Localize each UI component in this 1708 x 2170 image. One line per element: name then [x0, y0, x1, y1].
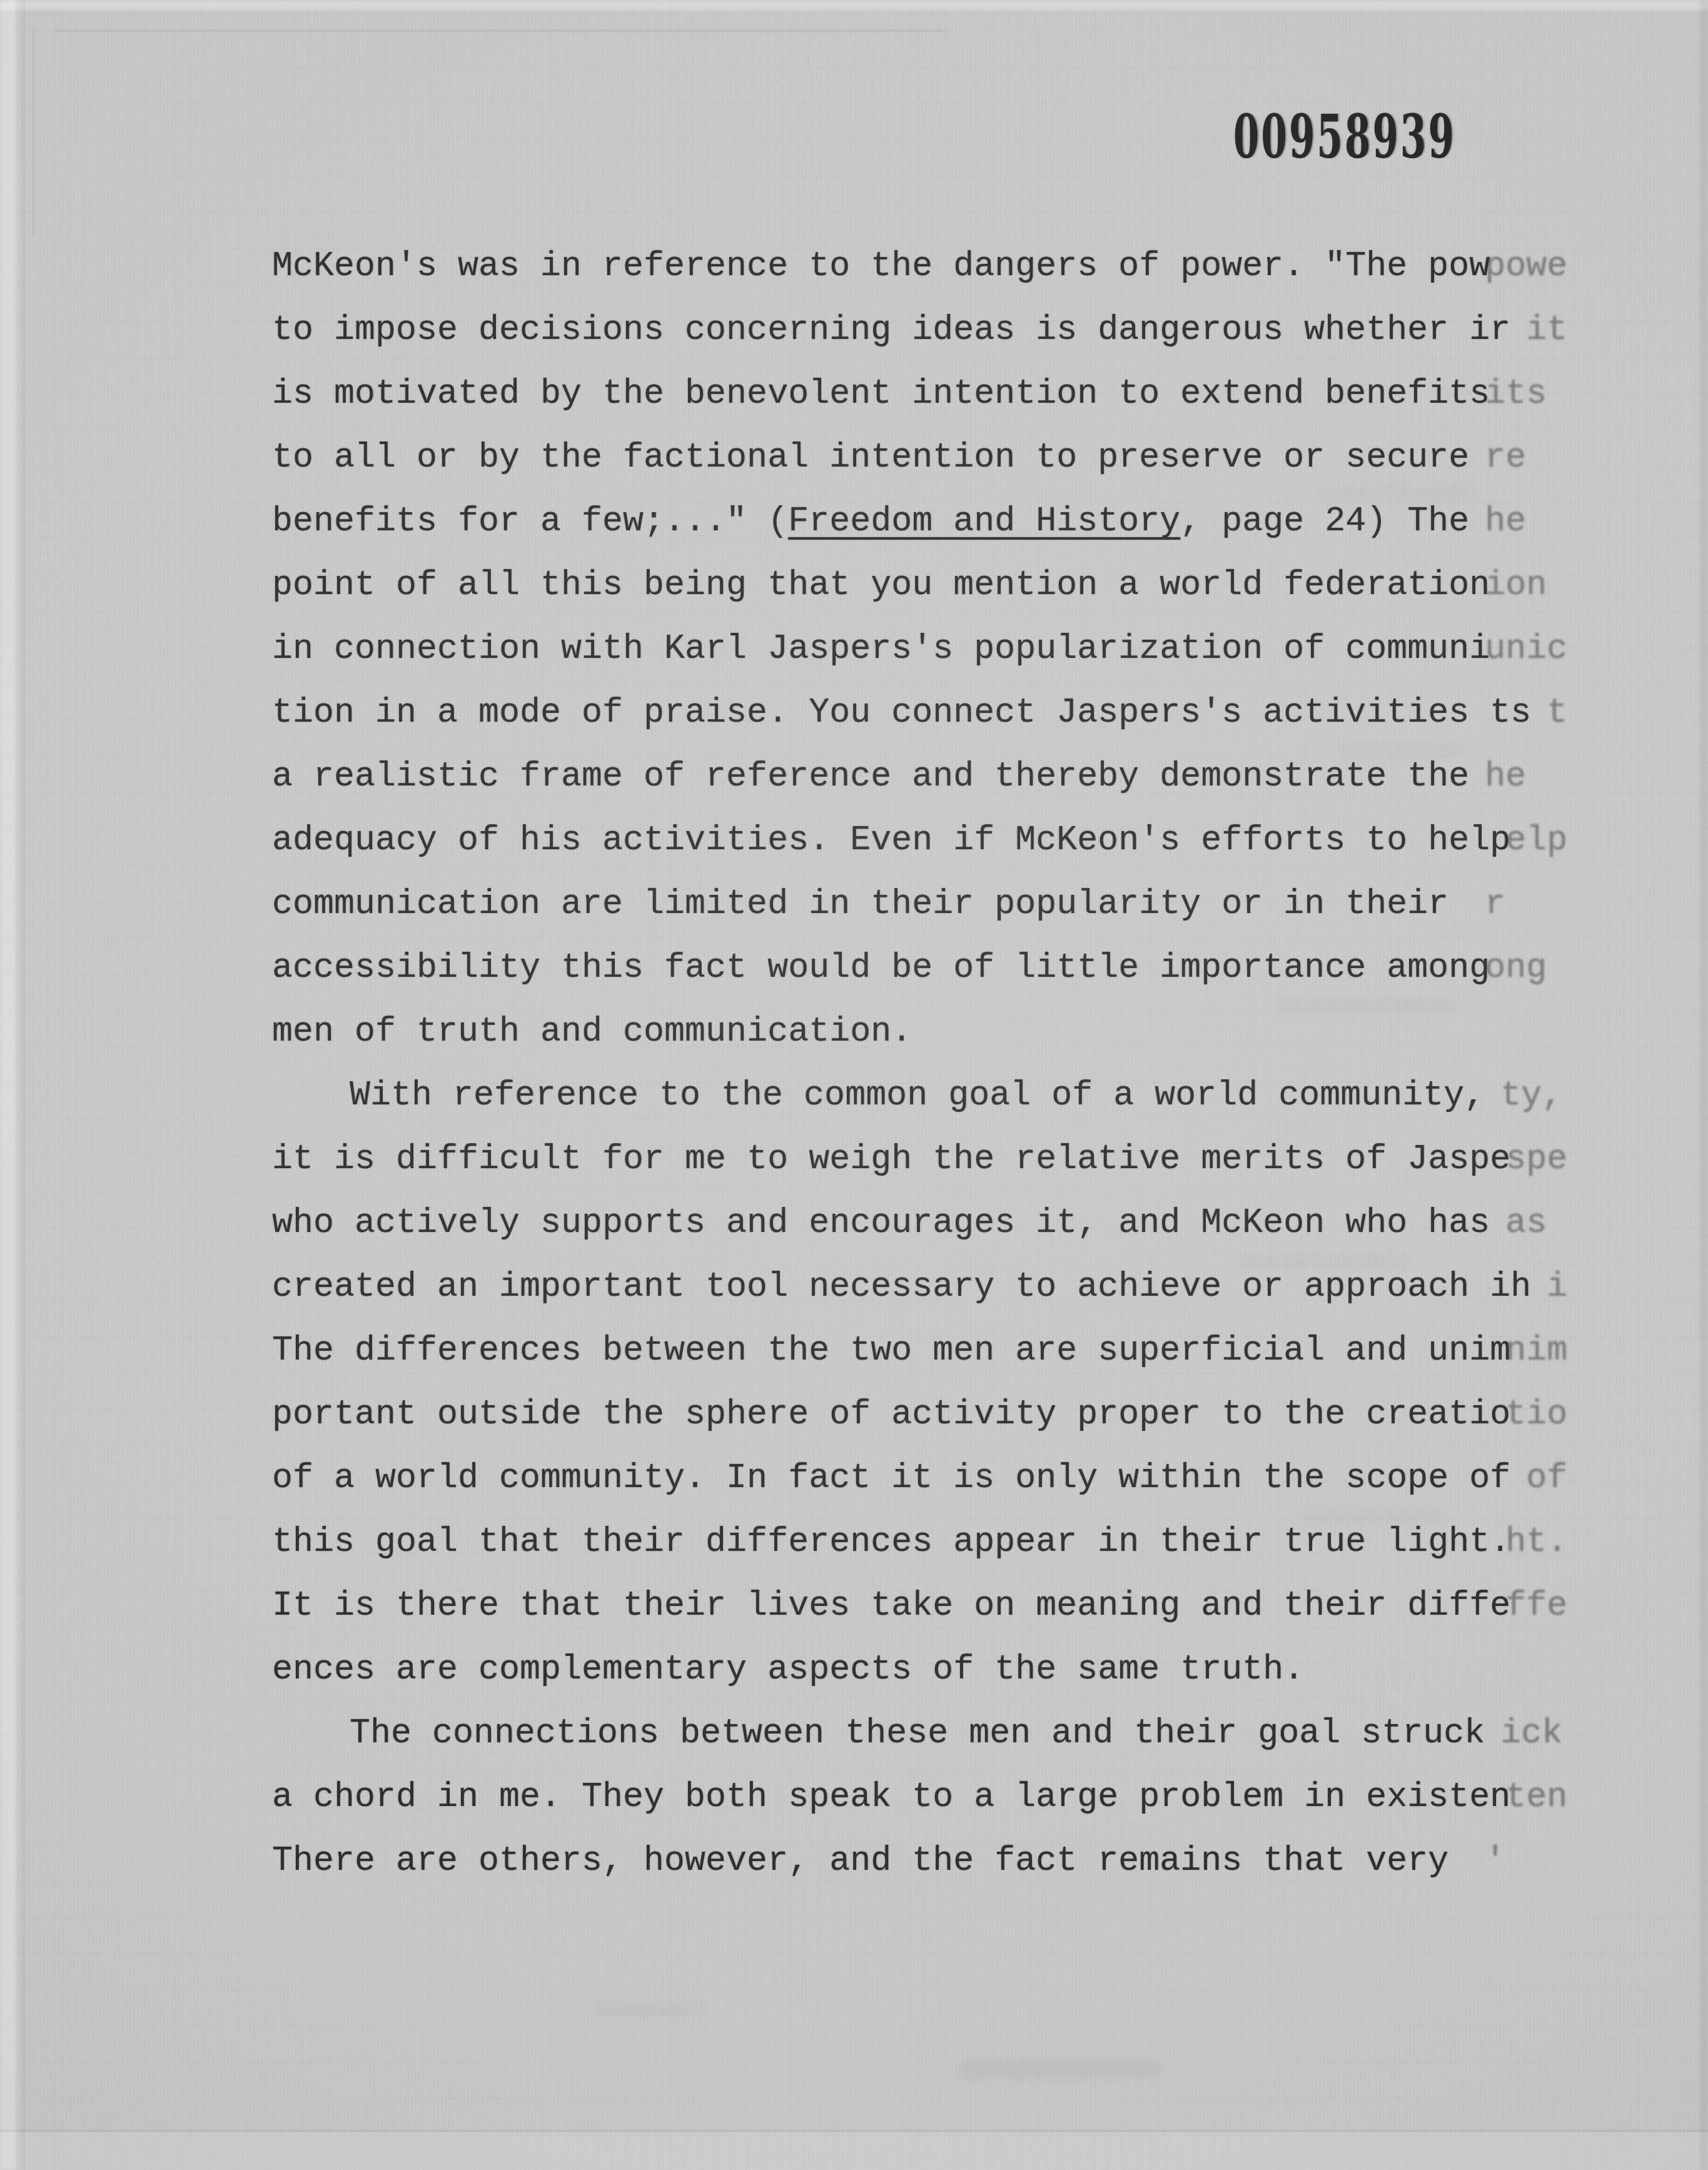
text-segment: who actively supports and encourages it,…: [272, 1203, 1490, 1243]
text-segment: The differences between the two men are …: [272, 1331, 1510, 1370]
page-left-edge-highlight: [0, 0, 16, 2170]
ghost-text-fragment: ick: [1480, 1713, 1562, 1753]
document-text: McKeon's was in reference to the dangers…: [272, 235, 1623, 1893]
ghost-text-fragment: ion: [1485, 565, 1547, 605]
ghost-ink-mark: [594, 2001, 707, 2016]
text-line: a realistic frame of reference and there…: [272, 745, 1623, 809]
text-segment: this goal that their differences appear …: [272, 1522, 1510, 1562]
ghost-text-fragment: he: [1464, 502, 1526, 541]
ghost-text-fragment: ty,: [1480, 1076, 1562, 1115]
text-line: portant outside the sphere of activity p…: [272, 1383, 1623, 1446]
ghost-text-fragment: ten: [1505, 1777, 1567, 1817]
text-segment: benefits for a few;..." (: [272, 502, 788, 541]
text-line: a chord in me. They both speak to a larg…: [272, 1765, 1623, 1829]
text-line: this goal that their differences appear …: [272, 1510, 1623, 1574]
text-segment: accessibility this fact would be of litt…: [272, 948, 1490, 987]
text-segment: ences are complementary aspects of the s…: [272, 1650, 1304, 1689]
text-line: There are others, however, and the fact …: [272, 1829, 1623, 1893]
text-segment: of a world community. In fact it is only…: [272, 1458, 1510, 1498]
ghost-text-fragment: of: [1505, 1458, 1567, 1498]
paragraph: The connections between these men and th…: [272, 1702, 1623, 1893]
text-line: tion in a mode of praise. You connect Ja…: [272, 681, 1623, 745]
text-segment: communication are limited in their popul…: [272, 884, 1448, 924]
top-crease: [55, 30, 943, 32]
text-segment: McKeon's was in reference to the dangers…: [272, 246, 1490, 286]
text-line: point of all this being that you mention…: [272, 553, 1623, 617]
ghost-text-fragment: spe: [1505, 1139, 1567, 1179]
text-line: The differences between the two men are …: [272, 1319, 1623, 1383]
text-segment: a chord in me. They both speak to a larg…: [272, 1777, 1510, 1817]
text-segment: adequacy of his activities. Even if McKe…: [272, 820, 1510, 860]
text-segment: It is there that their lives take on mea…: [272, 1586, 1510, 1625]
ghost-text-fragment: re: [1464, 438, 1526, 477]
scanned-document-page: 00958939 McKeon's was in reference to th…: [0, 0, 1708, 2170]
text-line: ences are complementary aspects of the s…: [272, 1638, 1623, 1702]
ghost-text-fragment: ong: [1485, 948, 1547, 987]
ghost-text-fragment: he: [1464, 757, 1526, 796]
ghost-text-fragment: ': [1443, 1841, 1505, 1880]
text-line: in connection with Karl Jaspers's popula…: [272, 617, 1623, 681]
paragraph: McKeon's was in reference to the dangers…: [272, 235, 1623, 1064]
text-segment: to impose decisions concerning ideas is …: [272, 310, 1510, 350]
left-fold-line: [23, 0, 24, 2170]
text-line: With reference to the common goal of a w…: [272, 1064, 1623, 1128]
ghost-text-fragment: it: [1505, 310, 1567, 350]
text-line: It is there that their lives take on mea…: [272, 1574, 1623, 1638]
text-segment: point of all this being that you mention…: [272, 565, 1490, 605]
ghost-text-fragment: ffe: [1505, 1586, 1567, 1625]
ghost-ink-mark: [957, 2061, 1163, 2079]
text-line: of a world community. In fact it is only…: [272, 1446, 1623, 1510]
ghost-text-fragment: elp: [1505, 820, 1567, 860]
ghost-text-fragment: unic: [1485, 629, 1567, 669]
ghost-text-fragment: t: [1526, 693, 1567, 732]
ghost-text-fragment: ht.: [1505, 1522, 1567, 1562]
paragraph: With reference to the common goal of a w…: [272, 1064, 1623, 1702]
text-line: created an important tool necessary to a…: [272, 1255, 1623, 1319]
text-segment: it is difficult for me to weigh the rela…: [272, 1139, 1510, 1179]
text-line: to impose decisions concerning ideas is …: [272, 298, 1623, 362]
text-line: accessibility this fact would be of litt…: [272, 936, 1623, 1000]
text-segment: tion in a mode of praise. You connect Ja…: [272, 693, 1531, 732]
text-line: adequacy of his activities. Even if McKe…: [272, 809, 1623, 872]
text-line: it is difficult for me to weigh the rela…: [272, 1128, 1623, 1191]
page-right-edge-shadow: [1700, 0, 1708, 2170]
underlined-book-title: Freedom and History: [788, 502, 1180, 541]
text-segment: in connection with Karl Jaspers's popula…: [272, 629, 1490, 669]
ghost-text-fragment: powe: [1485, 246, 1567, 286]
text-line: McKeon's was in reference to the dangers…: [272, 235, 1623, 298]
text-segment: to all or by the factional intention to …: [272, 438, 1469, 477]
ghost-text-fragment: nim: [1505, 1331, 1567, 1370]
stamp-number: 00958939: [1233, 101, 1456, 172]
ghost-text-fragment: tio: [1505, 1395, 1567, 1434]
text-segment: a realistic frame of reference and there…: [272, 757, 1469, 796]
ghost-text-fragment: its: [1485, 374, 1547, 413]
text-segment: With reference to the common goal of a w…: [350, 1076, 1485, 1115]
text-line: to all or by the factional intention to …: [272, 426, 1623, 490]
text-line: men of truth and communication.: [272, 1000, 1623, 1064]
ghost-text-fragment: r: [1443, 884, 1505, 924]
text-segment: is motivated by the benevolent intention…: [272, 374, 1490, 413]
top-left-crease: [33, 30, 34, 236]
text-line: benefits for a few;..." (Freedom and His…: [272, 490, 1623, 553]
text-segment: There are others, however, and the fact …: [272, 1841, 1448, 1880]
text-line: communication are limited in their popul…: [272, 872, 1623, 936]
text-segment: The connections between these men and th…: [350, 1713, 1485, 1753]
text-segment: men of truth and communication.: [272, 1012, 912, 1051]
text-segment: portant outside the sphere of activity p…: [272, 1395, 1510, 1434]
ghost-text-fragment: as: [1485, 1203, 1547, 1243]
text-line: The connections between these men and th…: [272, 1702, 1623, 1765]
text-segment: created an important tool necessary to a…: [272, 1267, 1531, 1306]
bottom-edge-band: [0, 2132, 1708, 2170]
text-line: who actively supports and encourages it,…: [272, 1191, 1623, 1255]
text-segment: , page 24) The: [1180, 502, 1469, 541]
page-top-edge-highlight: [0, 0, 1708, 10]
ghost-text-fragment: i: [1526, 1267, 1567, 1306]
text-line: is motivated by the benevolent intention…: [272, 362, 1623, 426]
